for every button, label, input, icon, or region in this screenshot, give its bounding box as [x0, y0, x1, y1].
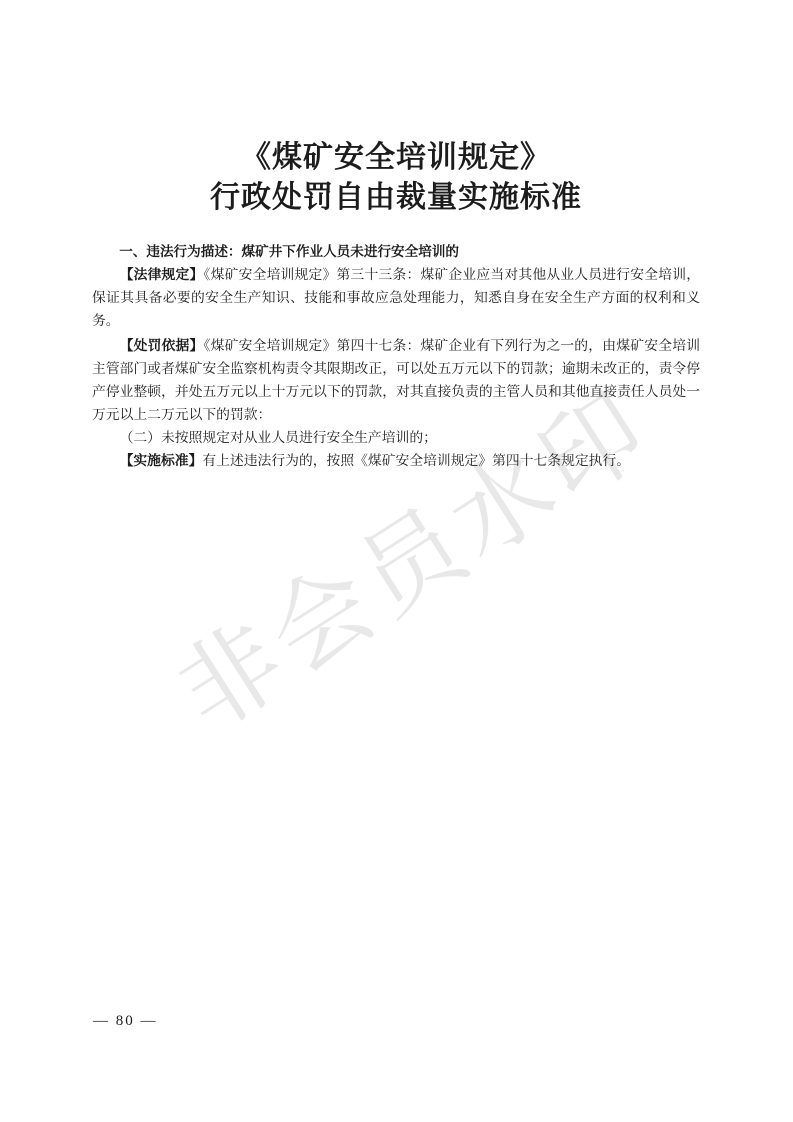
paragraph-label: 【实施标准】 [120, 453, 203, 468]
document-page: 非会员水印 《煤矿安全培训规定》 行政处罚自由裁量实施标准 一、违法行为描述：煤… [0, 0, 793, 1122]
paragraph-legal-provision: 【法律规定】《煤矿安全培训规定》第三十三条：煤矿企业应当对其他从业人员进行安全培… [92, 263, 700, 332]
paragraph-label: 【处罚依据】 [120, 338, 204, 353]
paragraph-penalty-basis: 【处罚依据】《煤矿安全培训规定》第四十七条：煤矿企业有下列行为之一的，由煤矿安全… [92, 334, 700, 426]
paragraph-item-two: （二）未按照规定对从业人员进行安全生产培训的； [92, 426, 700, 449]
page-number: — 80 — [93, 1013, 158, 1030]
document-title: 《煤矿安全培训规定》 行政处罚自由裁量实施标准 [92, 138, 700, 218]
document-title-line2: 行政处罚自由裁量实施标准 [92, 178, 700, 218]
page-content: 《煤矿安全培训规定》 行政处罚自由裁量实施标准 一、违法行为描述：煤矿井下作业人… [92, 138, 700, 472]
paragraph-label: 【法律规定】 [120, 267, 204, 282]
paragraph-text: 有上述违法行为的，按照《煤矿安全培训规定》第四十七条规定执行。 [202, 453, 630, 468]
document-body: 一、违法行为描述：煤矿井下作业人员未进行安全培训的 【法律规定】《煤矿安全培训规… [92, 240, 700, 472]
section-heading: 一、违法行为描述：煤矿井下作业人员未进行安全培训的 [92, 240, 700, 263]
document-title-line1: 《煤矿安全培训规定》 [92, 138, 700, 178]
paragraph-implementation-standard: 【实施标准】有上述违法行为的，按照《煤矿安全培训规定》第四十七条规定执行。 [92, 449, 700, 472]
paragraph-text: （二）未按照规定对从业人员进行安全生产培训的； [120, 430, 437, 445]
